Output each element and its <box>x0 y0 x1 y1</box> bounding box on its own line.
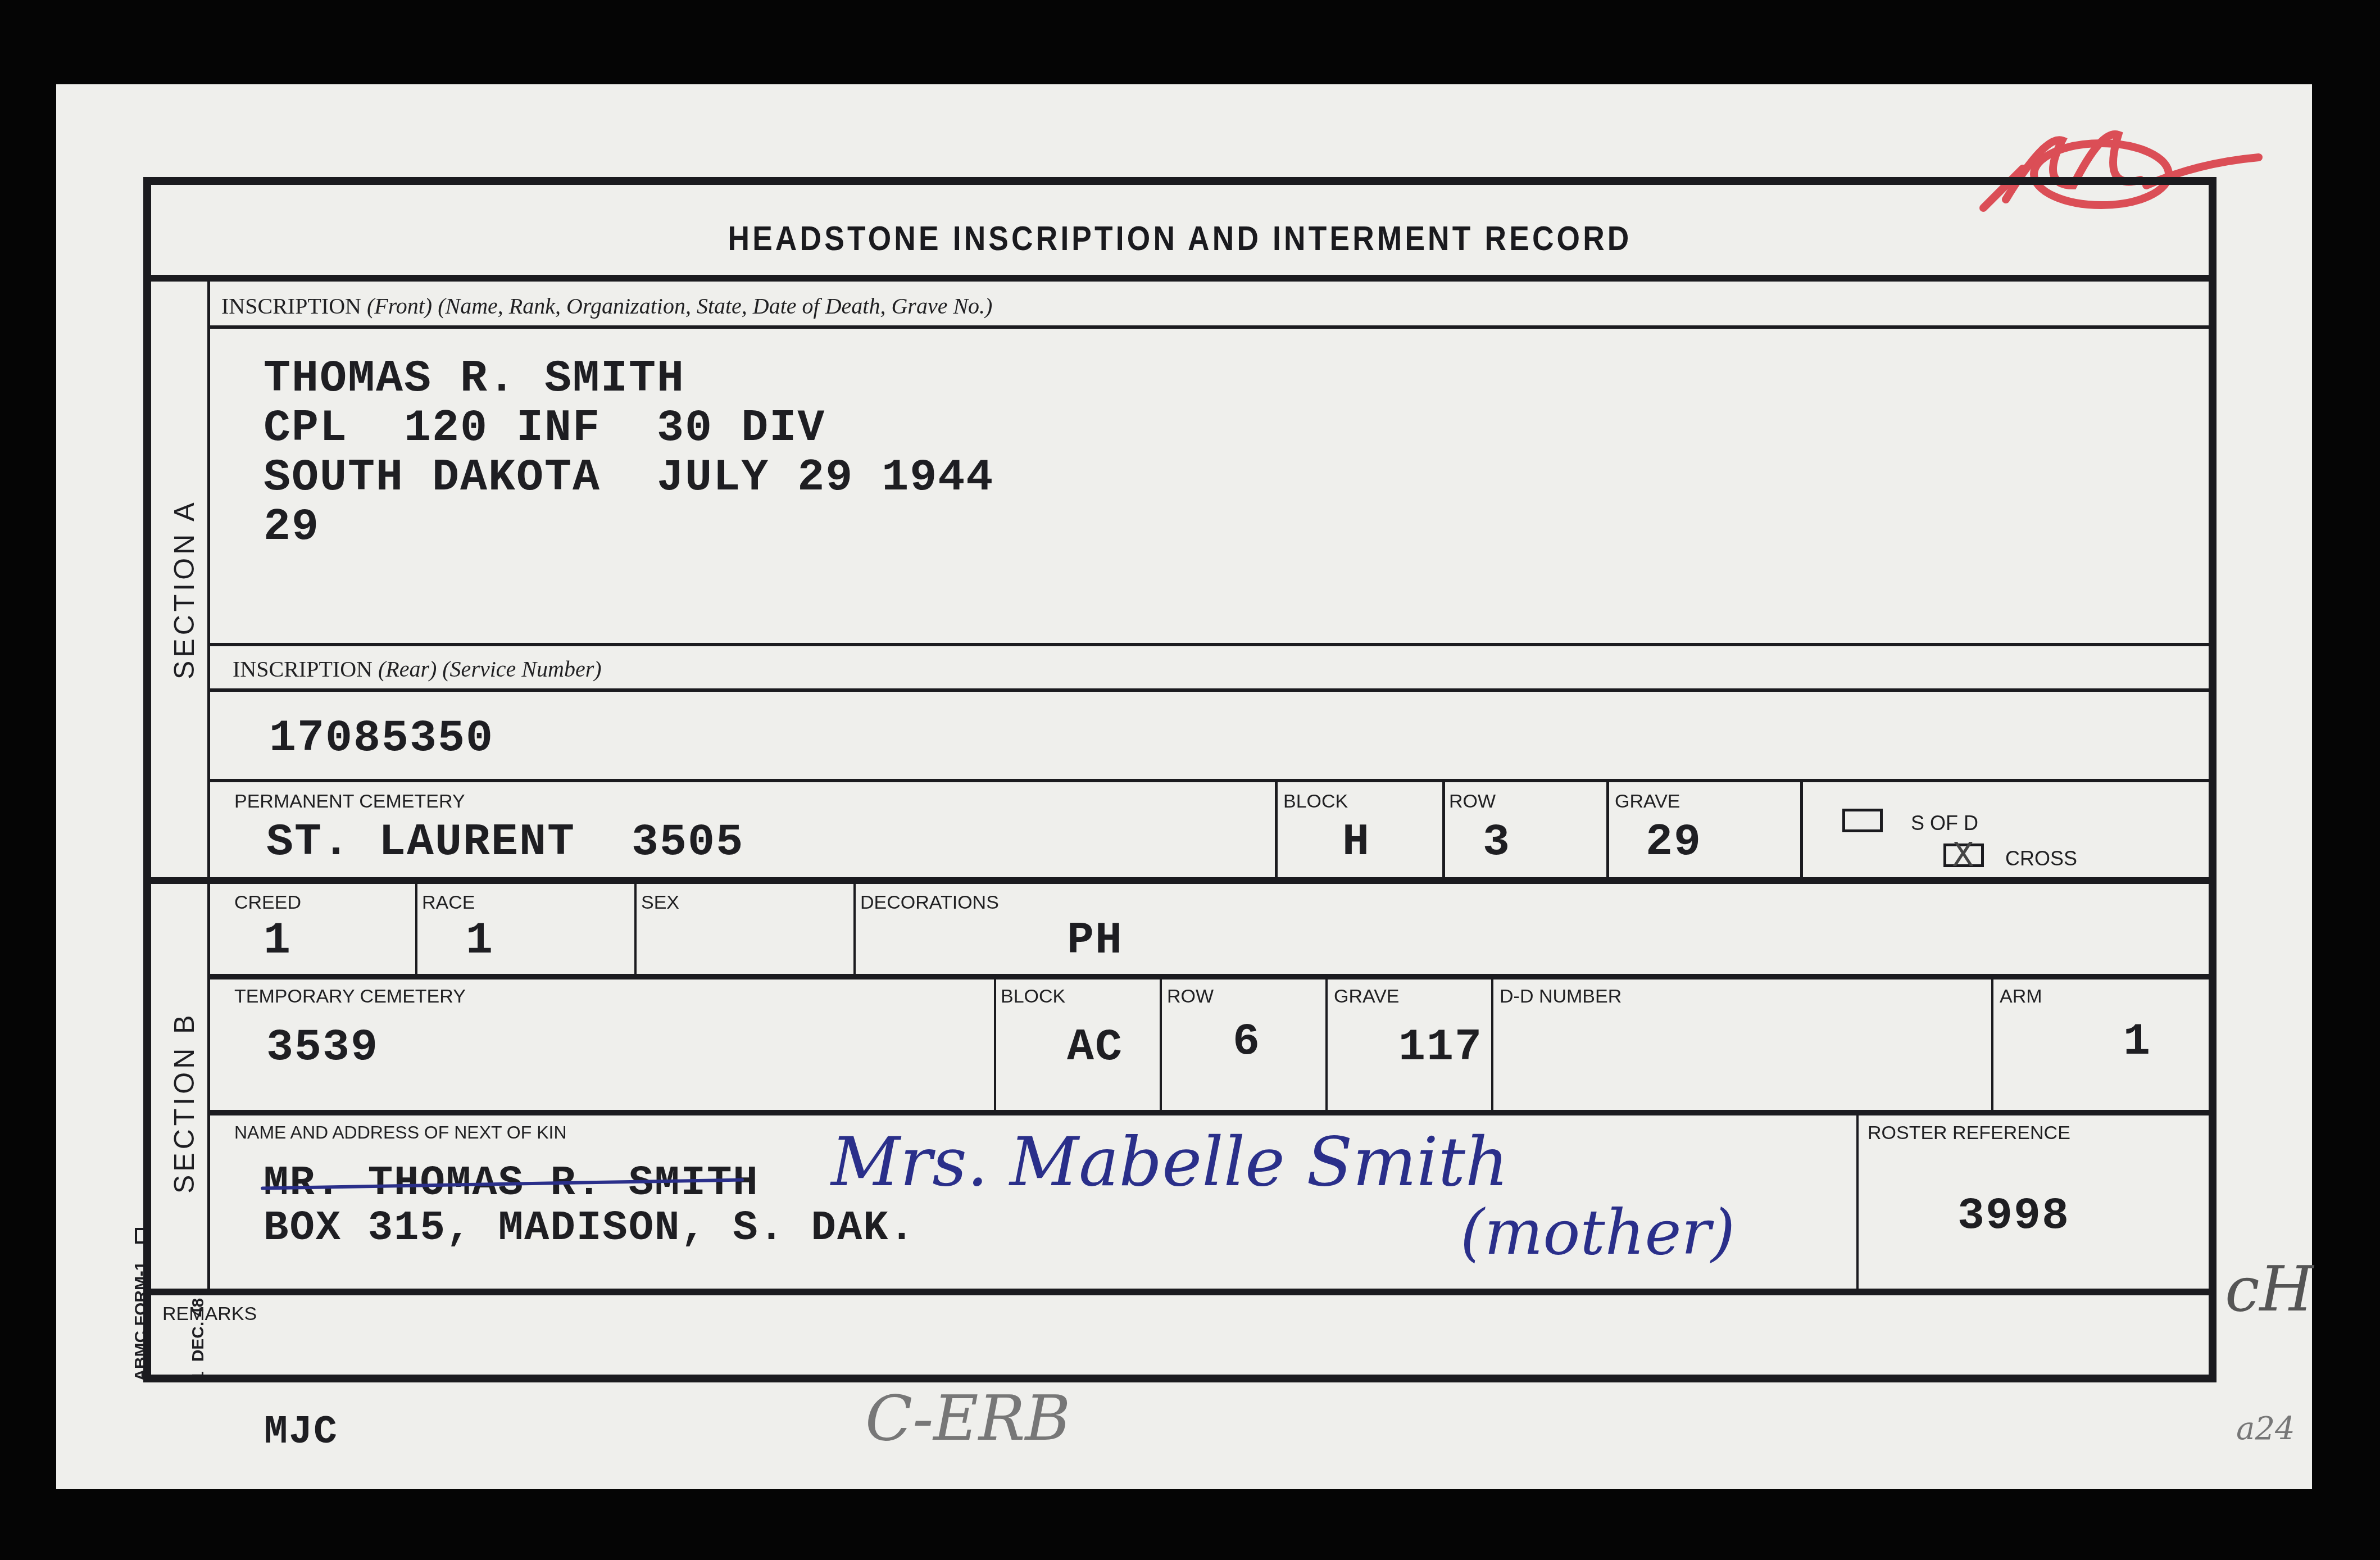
perm-grave-value: 29 <box>1646 817 1702 868</box>
section-column-divider <box>207 282 210 1290</box>
perm-cemetery-value: ST. LAURENT 3505 <box>266 817 744 868</box>
perm-grave-label: GRAVE <box>1615 791 1680 813</box>
temp-cemetery-value: 3539 <box>266 1022 379 1073</box>
decorations-label: DECORATIONS <box>860 892 999 914</box>
front-label-italic: (Front) (Name, Rank, Organization, State… <box>367 293 993 319</box>
inscription-line-name: THOMAS R. SMITH <box>264 353 994 403</box>
temp-row-label: ROW <box>1167 986 1214 1008</box>
decorations-value: PH <box>1067 915 1123 967</box>
pencil-initials: C-ERB <box>865 1382 1070 1454</box>
front-label-divider <box>210 325 2209 329</box>
creed-value: 1 <box>264 915 292 967</box>
perm-row-label: ROW <box>1449 791 1496 813</box>
nok-handwritten-name: Mrs. Mabelle Smith <box>831 1123 1509 1201</box>
check-x-icon: X <box>1952 838 1974 871</box>
inscription-line-grave: 29 <box>264 502 994 551</box>
temp-grave-label: GRAVE <box>1334 986 1400 1008</box>
rear-label-italic: (Rear) (Service Number) <box>378 656 602 682</box>
perm-cemetery-top-divider <box>210 779 2209 782</box>
marker-checkbox-s-of-d[interactable] <box>1842 809 1883 832</box>
creed-label: CREED <box>234 892 301 914</box>
temp-block-divider <box>994 979 996 1112</box>
section-b-top-divider <box>151 877 2209 884</box>
dd-number-divider <box>1491 979 1493 1112</box>
race-divider <box>415 884 417 977</box>
roster-reference-label: ROSTER REFERENCE <box>1868 1122 2070 1144</box>
temp-grave-divider <box>1325 979 1328 1112</box>
perm-row-value: 3 <box>1483 817 1511 868</box>
perm-block-divider <box>1275 781 1278 879</box>
rear-top-divider <box>210 643 2209 646</box>
decorations-divider <box>853 884 856 977</box>
pencil-margin-note-2: a24 <box>2236 1411 2295 1447</box>
inscription-line-state-date: SOUTH DAKOTA JULY 29 1944 <box>264 452 994 502</box>
inscription-line-unit: CPL 120 INF 30 DIV <box>264 403 994 452</box>
headstone-record-form: HEADSTONE INSCRIPTION AND INTERMENT RECO… <box>143 177 2217 1382</box>
perm-cemetery-label: PERMANENT CEMETERY <box>234 791 465 813</box>
temp-block-value: AC <box>1067 1022 1123 1073</box>
perm-row-divider <box>1442 781 1445 879</box>
marker-checkbox-cross[interactable]: X <box>1943 844 1984 867</box>
service-number: 17085350 <box>269 713 494 764</box>
arm-value: 1 <box>2123 1017 2151 1068</box>
marker-label-s-of-d: S OF D <box>1911 811 1978 835</box>
sex-label: SEX <box>641 892 679 914</box>
temp-cemetery-top-divider <box>210 974 2209 979</box>
race-label: RACE <box>422 892 475 914</box>
nok-label: NAME AND ADDRESS OF NEXT OF KIN <box>234 1122 567 1143</box>
title-divider <box>151 275 2209 282</box>
roster-reference-value: 3998 <box>1957 1191 2070 1242</box>
typist-initials: MJC <box>264 1411 338 1455</box>
section-b-label: SECTION B <box>168 1012 201 1194</box>
arm-divider <box>1991 979 1993 1112</box>
marker-type-divider <box>1800 781 1803 879</box>
temp-row-divider <box>1160 979 1162 1112</box>
rear-inscription-label: INSCRIPTION (Rear) (Service Number) <box>233 656 602 682</box>
sex-divider <box>634 884 637 977</box>
section-a-label: SECTION A <box>168 499 201 679</box>
arm-label: ARM <box>2000 986 2042 1008</box>
rear-label-plain: INSCRIPTION <box>233 656 378 682</box>
front-inscription-text: THOMAS R. SMITH CPL 120 INF 30 DIV SOUTH… <box>264 353 994 551</box>
temp-cemetery-label: TEMPORARY CEMETERY <box>234 986 466 1008</box>
temp-grave-value: 117 <box>1398 1022 1483 1073</box>
roster-divider <box>1856 1115 1859 1290</box>
nok-handwritten-relation: (mother) <box>1460 1196 1735 1268</box>
front-inscription-label: INSCRIPTION (Front) (Name, Rank, Organiz… <box>221 293 992 319</box>
pencil-margin-note: cH <box>2225 1253 2314 1325</box>
nok-top-divider <box>210 1110 2209 1115</box>
perm-grave-divider <box>1606 781 1609 879</box>
marker-label-cross: CROSS <box>2005 847 2077 870</box>
front-label-plain: INSCRIPTION <box>221 293 367 319</box>
temp-block-label: BLOCK <box>1001 986 1065 1008</box>
remarks-label: REMARKS <box>162 1303 257 1325</box>
perm-block-value: H <box>1342 817 1370 868</box>
rear-label-divider <box>210 688 2209 692</box>
remarks-top-divider <box>151 1289 2209 1295</box>
temp-row-value: 6 <box>1233 1017 1261 1068</box>
race-value: 1 <box>466 915 494 967</box>
dd-number-label: D-D NUMBER <box>1500 986 1622 1008</box>
form-title: HEADSTONE INSCRIPTION AND INTERMENT RECO… <box>295 219 2064 259</box>
nok-typed-address: BOX 315, MADISON, S. DAK. <box>264 1205 915 1252</box>
perm-block-label: BLOCK <box>1283 791 1348 813</box>
